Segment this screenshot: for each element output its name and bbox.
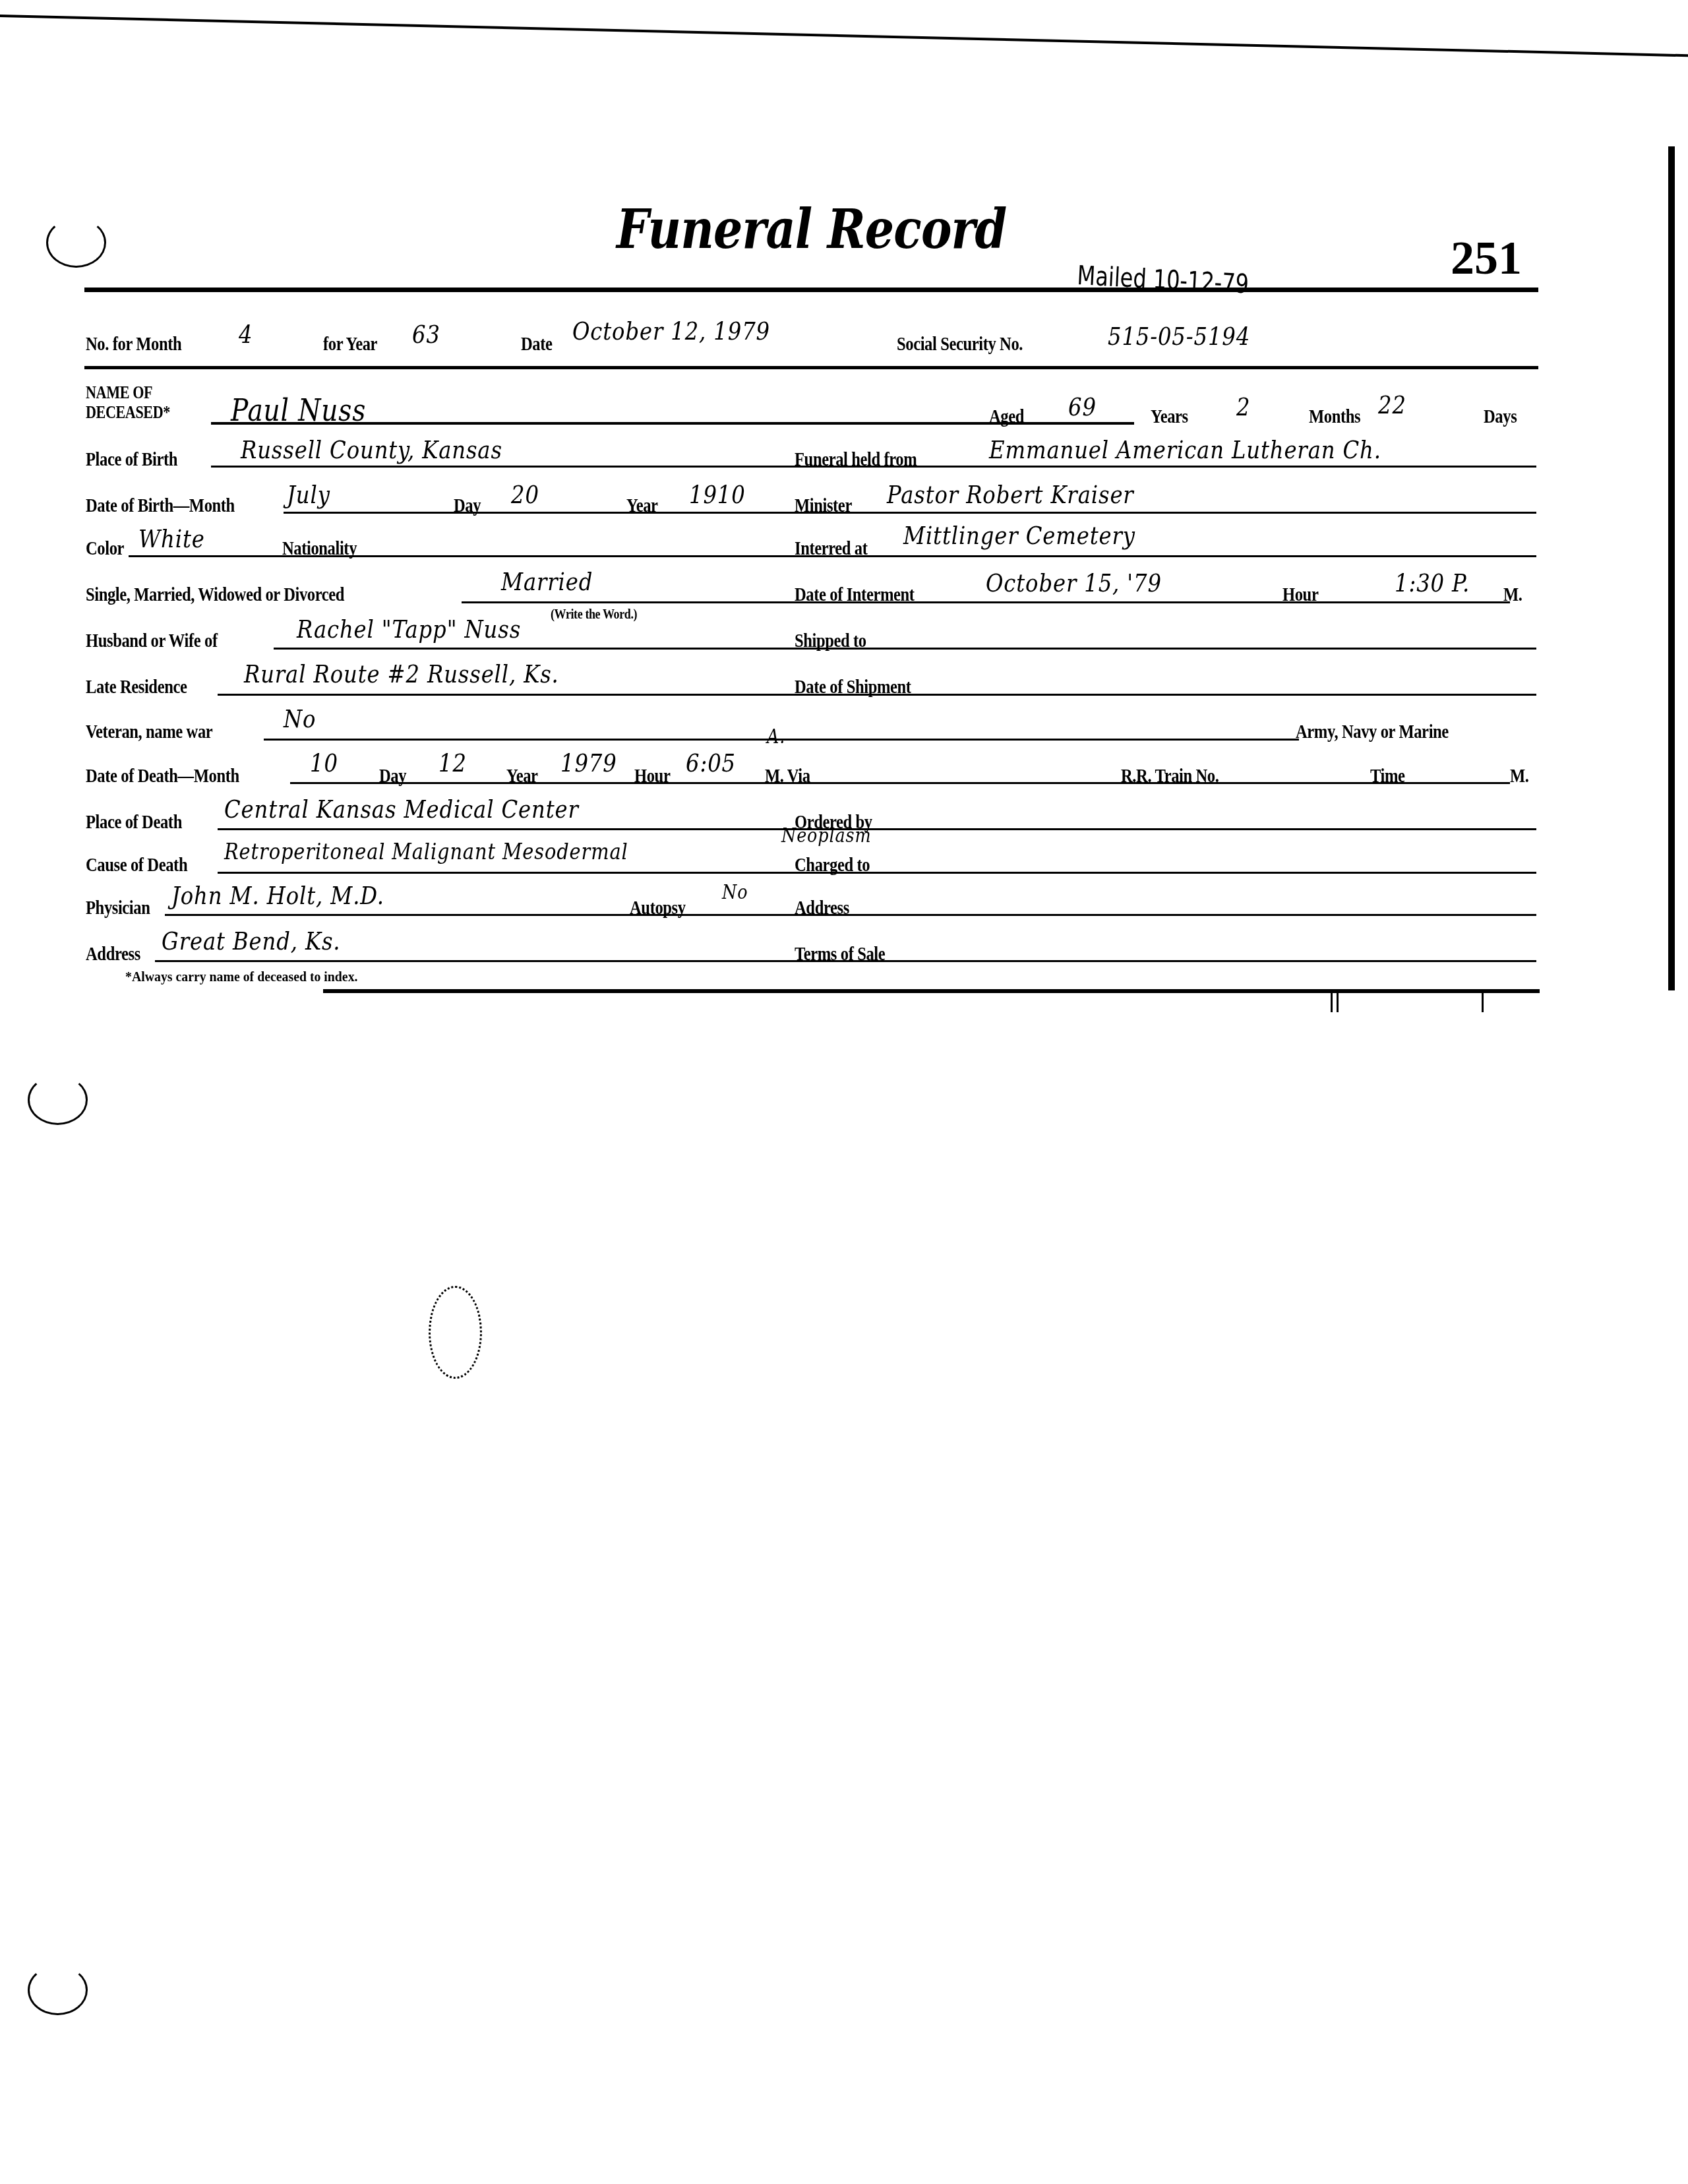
value-veteran-name-war: No	[284, 704, 316, 733]
value-for-year: 63	[412, 320, 440, 349]
value-physician: John M. Holt, M.D.	[171, 881, 384, 910]
tick-mark	[1482, 992, 1484, 1012]
value-marital-status: Married	[501, 567, 593, 596]
value-social-security: 515-05-5194	[1108, 322, 1250, 351]
label-date: Date	[521, 333, 553, 355]
value-late-residence: Rural Route #2 Russell, Ks.	[244, 659, 559, 688]
tick-mark	[1331, 992, 1333, 1012]
value-death-hour: 6:05	[686, 748, 736, 777]
bottom-rule	[323, 989, 1540, 993]
label-time-m: M.	[1510, 765, 1529, 787]
value-autopsy: No	[722, 881, 748, 904]
label-deceased: DECEASED*	[86, 402, 170, 423]
punch-hole-mark	[28, 1965, 88, 2015]
value-death-month: 10	[310, 748, 338, 777]
value-date: October 12, 1979	[572, 317, 770, 346]
row-rule	[218, 694, 1536, 696]
label-for-year: for Year	[323, 333, 377, 355]
binding-edge	[1668, 146, 1675, 990]
label-days: Days	[1484, 406, 1517, 428]
page-edge-line	[0, 15, 1688, 58]
label-place-of-birth: Place of Birth	[86, 448, 177, 471]
label-write-the-word: (Write the Word.)	[551, 605, 637, 622]
label-husband-or-wife-of: Husband or Wife of	[86, 630, 218, 652]
label-address-left: Address	[86, 943, 140, 965]
label-no-for-month: No. for Month	[86, 333, 181, 355]
value-birth-day: 20	[511, 480, 539, 509]
value-funeral-held-from: Emmanuel American Lutheran Ch.	[989, 435, 1381, 464]
row-rule	[462, 601, 1510, 603]
value-aged-years: 69	[1068, 392, 1097, 421]
value-date-of-interment: October 15, '79	[986, 568, 1162, 597]
value-death-year: 1979	[560, 748, 617, 777]
row-rule	[155, 960, 1536, 962]
value-death-day: 12	[438, 748, 467, 777]
label-marital-status: Single, Married, Widowed or Divorced	[86, 584, 344, 606]
row-rule	[84, 366, 1538, 369]
label-veteran-name-war: Veteran, name war	[86, 721, 212, 743]
punch-hole-mark	[28, 1075, 88, 1125]
label-social-security: Social Security No.	[897, 333, 1023, 355]
row-rule	[218, 828, 1536, 830]
value-aged-months: 2	[1236, 392, 1250, 421]
value-birth-month: July	[287, 480, 330, 509]
row-rule	[218, 872, 1536, 874]
value-birth-year: 1910	[689, 480, 746, 509]
label-color: Color	[86, 537, 124, 560]
header-rule	[84, 288, 1538, 292]
value-physician-address: Great Bend, Ks.	[162, 926, 340, 956]
value-death-am: A.	[767, 725, 785, 748]
value-interment-hour: 1:30 P.	[1395, 568, 1470, 597]
value-no-for-month: 4	[239, 320, 253, 349]
label-months: Months	[1309, 406, 1360, 428]
value-interred-at: Mittlinger Cemetery	[903, 521, 1135, 550]
value-place-of-birth: Russell County, Kansas	[241, 435, 502, 464]
value-minister: Pastor Robert Kraiser	[887, 480, 1134, 509]
tick-mark	[1337, 992, 1339, 1012]
value-aged-days: 22	[1378, 390, 1406, 419]
value-place-of-death: Central Kansas Medical Center	[224, 795, 579, 824]
form-title: Funeral Record	[617, 198, 1006, 261]
label-date-of-birth-month: Date of Birth—Month	[86, 495, 235, 517]
value-cause-of-death: Retroperitoneal Malignant Mesodermal	[224, 839, 628, 865]
row-rule	[211, 422, 1134, 425]
row-rule	[129, 555, 1536, 557]
record-number: 251	[1451, 231, 1522, 286]
footnote: *Always carry name of deceased to index.	[125, 968, 358, 985]
label-place-of-death: Place of Death	[86, 811, 182, 834]
row-rule	[165, 914, 1536, 916]
row-rule	[290, 782, 1510, 784]
row-rule	[284, 512, 1536, 514]
label-years: Years	[1151, 406, 1188, 428]
label-date-of-death-month: Date of Death—Month	[86, 765, 239, 787]
mailed-note: Mailed 10-12-79	[1077, 260, 1250, 300]
row-rule	[274, 648, 1536, 650]
label-physician: Physician	[86, 897, 150, 919]
row-rule	[211, 466, 1536, 468]
value-color: White	[138, 524, 205, 553]
value-cause-of-death-cont: Neoplasm	[781, 824, 872, 847]
label-late-residence: Late Residence	[86, 676, 187, 698]
punch-hole-mark	[46, 218, 106, 268]
stray-mark	[429, 1286, 482, 1379]
value-husband-or-wife-of: Rachel "Tapp" Nuss	[297, 615, 521, 644]
label-name-of: NAME OF	[86, 382, 152, 403]
label-army-navy-marine: Army, Navy or Marine	[1296, 721, 1449, 743]
label-cause-of-death: Cause of Death	[86, 854, 187, 876]
